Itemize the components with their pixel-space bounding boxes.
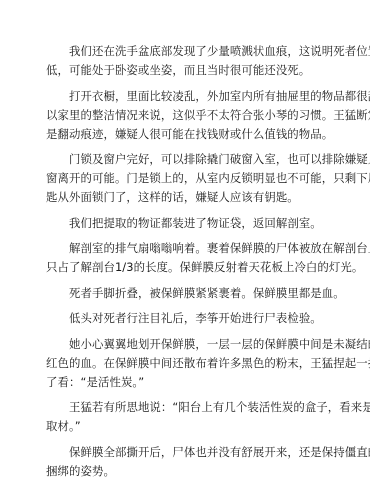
- paragraph-1: 我们还在洗手盆底部发现了少量喷溅状血痕，这说明死者位置较 低，可能处于卧姿或坐姿…: [46, 42, 322, 80]
- text-line: 匙从外面锁门了，这样的话，嫌疑人应该有钥匙。: [46, 188, 322, 207]
- text-line: 我们还在洗手盆底部发现了少量喷溅状血痕，这说明死者位置较: [46, 42, 322, 61]
- text-line: 低，可能处于卧姿或坐姿，而且当时很可能还没死。: [46, 61, 322, 80]
- paragraph-2: 打开衣橱，里面比较凌乱，外加室内所有抽屉里的物品都很乱。 以家里的整洁情况来说，…: [46, 87, 322, 144]
- paragraph-8: 她小心翼翼地划开保鲜膜，一层一层的保鲜膜中间是未凝结的暗 红色的血。在保鲜膜中间…: [46, 335, 322, 392]
- document-page: 我们还在洗手盆底部发现了少量喷溅状血痕，这说明死者位置较 低，可能处于卧姿或坐姿…: [46, 42, 322, 480]
- paragraph-3: 门锁及窗户完好，可以排除撬门破窗入室，也可以排除嫌疑人翻 窗离开的可能。门是锁上…: [46, 150, 322, 207]
- text-line: 低头对死者行注目礼后，李筝开始进行尸表检验。: [46, 309, 322, 328]
- text-line: 窗离开的可能。门是锁上的，从室内反锁明显也不可能，只剩下用钥: [46, 169, 322, 188]
- text-line: 是翻动痕迹，嫌疑人很可能在找钱财或什么值钱的物品。: [46, 125, 322, 144]
- paragraph-4: 我们把提取的物证都装进了物证袋，返回解剖室。: [46, 214, 322, 233]
- paragraph-9: 王猛若有所思地说：“阳台上有几个装活性炭的盒子，看来是就地 取材。”: [46, 398, 322, 436]
- text-line: 捆绑的姿势。: [46, 462, 322, 480]
- text-line: 王猛若有所思地说：“阳台上有几个装活性炭的盒子，看来是就地: [46, 398, 322, 417]
- text-line: 只占了解剖台1/3的长度。保鲜膜反射着天花板上冷白的灯光。: [46, 258, 322, 277]
- text-line: 她小心翼翼地划开保鲜膜，一层一层的保鲜膜中间是未凝结的暗: [46, 335, 322, 354]
- paragraph-6: 死者手脚折叠，被保鲜膜紧紧裹着。保鲜膜里都是血。: [46, 284, 322, 303]
- text-line: 保鲜膜全部撕开后，尸体也并没有舒展开来，还是保持僵直的被: [46, 443, 322, 462]
- paragraph-7: 低头对死者行注目礼后，李筝开始进行尸表检验。: [46, 309, 322, 328]
- paragraph-5: 解剖室的排气扇嗡嗡响着。裹着保鲜膜的尸体被放在解剖台上， 只占了解剖台1/3的长…: [46, 239, 322, 277]
- text-line: 红色的血。在保鲜膜中间还散布着许多黑色的粉末，王猛捏起一把看: [46, 354, 322, 373]
- text-line: 以家里的整洁情况来说，这似乎不太符合张小琴的习惯。王猛断定那: [46, 106, 322, 125]
- text-line: 解剖室的排气扇嗡嗡响着。裹着保鲜膜的尸体被放在解剖台上，: [46, 239, 322, 258]
- text-line: 了看：“是活性炭。”: [46, 373, 322, 392]
- text-line: 死者手脚折叠，被保鲜膜紧紧裹着。保鲜膜里都是血。: [46, 284, 322, 303]
- text-line: 门锁及窗户完好，可以排除撬门破窗入室，也可以排除嫌疑人翻: [46, 150, 322, 169]
- text-line: 我们把提取的物证都装进了物证袋，返回解剖室。: [46, 214, 322, 233]
- text-line: 打开衣橱，里面比较凌乱，外加室内所有抽屉里的物品都很乱。: [46, 87, 322, 106]
- paragraph-10: 保鲜膜全部撕开后，尸体也并没有舒展开来，还是保持僵直的被 捆绑的姿势。: [46, 443, 322, 480]
- text-line: 取材。”: [46, 417, 322, 436]
